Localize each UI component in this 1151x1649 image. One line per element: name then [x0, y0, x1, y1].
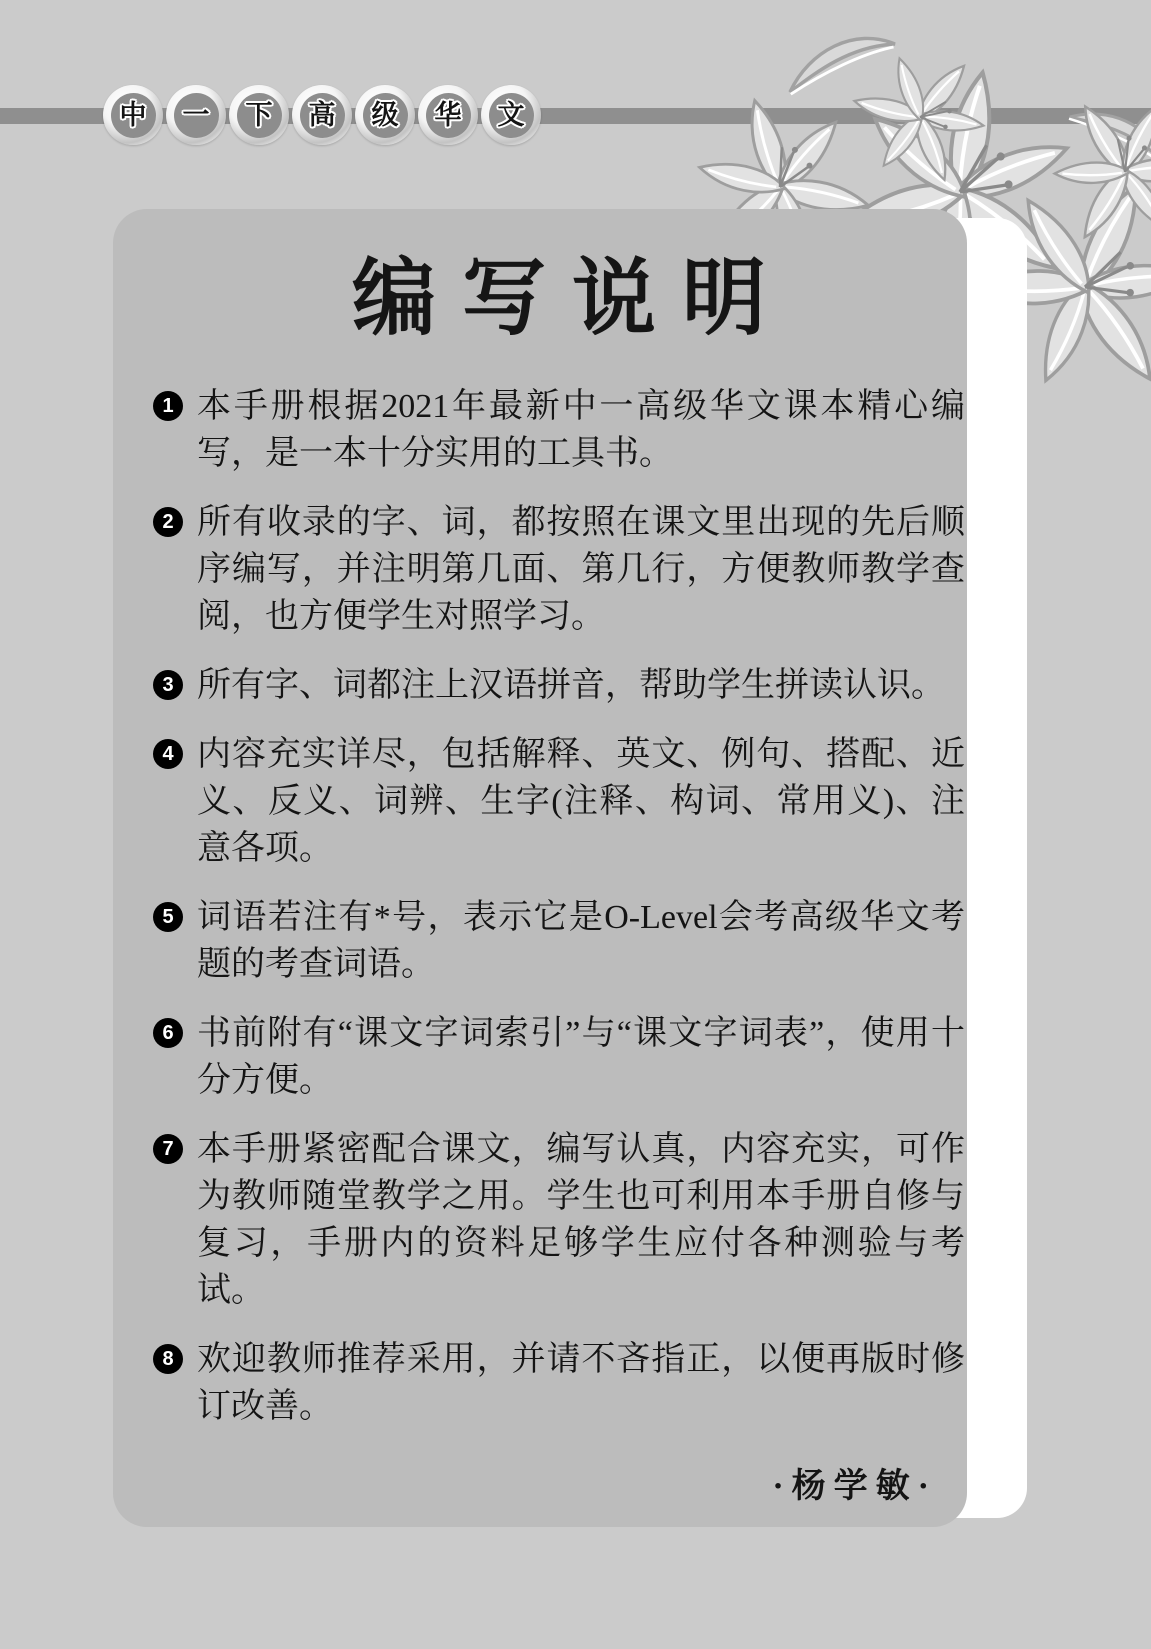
notes-card: 编写说明 1 本手册根据2021年最新中一高级华文课本精心编写，是一本十分实用的… [123, 218, 1027, 1518]
item-text: 所有字、词都注上汉语拼音，帮助学生拼读认识。 [197, 662, 965, 709]
header-badge-circle: 级 [363, 93, 408, 138]
item-number-badge: 1 [153, 391, 183, 421]
item-number-badge: 4 [153, 739, 183, 769]
page-title: 编写说明 [153, 250, 965, 347]
item-text: 词语若注有*号，表示它是O-Level会考高级华文考题的考查词语。 [197, 894, 965, 988]
list-item: 5 词语若注有*号，表示它是O-Level会考高级华文考题的考查词语。 [153, 894, 965, 988]
item-number-badge: 8 [153, 1344, 183, 1374]
header-badge-character: 中 [120, 102, 147, 129]
author-attribution: ·杨学敏· [153, 1458, 965, 1507]
header-badge-circle: 文 [489, 93, 534, 138]
header-badge: 文 [481, 85, 541, 145]
header-badge-character: 一 [183, 102, 210, 129]
series-title-badges: 中 一 下 高 级 华 文 [103, 85, 541, 145]
item-text: 本手册紧密配合课文，编写认真，内容充实，可作为教师随堂教学之用。学生也可利用本手… [197, 1126, 965, 1314]
header-badge: 华 [418, 85, 478, 145]
header-badge: 级 [355, 85, 415, 145]
header-badge: 一 [166, 85, 226, 145]
list-item: 8 欢迎教师推荐采用，并请不吝指正，以便再版时修订改善。 [153, 1336, 965, 1430]
header-badge-circle: 一 [174, 93, 219, 138]
item-text: 书前附有“课文字词索引”与“课文字词表”，使用十分方便。 [197, 1010, 965, 1104]
header-badge-circle: 中 [111, 93, 156, 138]
header-badge-circle: 下 [237, 93, 282, 138]
item-number-badge: 3 [153, 670, 183, 700]
list-item: 1 本手册根据2021年最新中一高级华文课本精心编写，是一本十分实用的工具书。 [153, 383, 965, 477]
list-item: 3 所有字、词都注上汉语拼音，帮助学生拼读认识。 [153, 662, 965, 709]
header-badge: 下 [229, 85, 289, 145]
item-number-badge: 5 [153, 902, 183, 932]
header-badge-character: 高 [309, 102, 336, 129]
header-badge-character: 文 [498, 102, 525, 129]
item-text: 本手册根据2021年最新中一高级华文课本精心编写，是一本十分实用的工具书。 [197, 383, 965, 477]
header-badge: 高 [292, 85, 352, 145]
notes-list: 1 本手册根据2021年最新中一高级华文课本精心编写，是一本十分实用的工具书。 … [153, 383, 965, 1430]
list-item: 2 所有收录的字、词，都按照在课文里出现的先后顺序编写，并注明第几面、第几行，方… [153, 499, 965, 640]
item-number-badge: 7 [153, 1134, 183, 1164]
list-item: 6 书前附有“课文字词索引”与“课文字词表”，使用十分方便。 [153, 1010, 965, 1104]
header-badge-character: 华 [435, 102, 462, 129]
item-text: 欢迎教师推荐采用，并请不吝指正，以便再版时修订改善。 [197, 1336, 965, 1430]
header-badge-character: 级 [372, 102, 399, 129]
header-badge-circle: 华 [426, 93, 471, 138]
list-item: 4 内容充实详尽，包括解释、英文、例句、搭配、近义、反义、词辨、生字(注释、构词… [153, 731, 965, 872]
list-item: 7 本手册紧密配合课文，编写认真，内容充实，可作为教师随堂教学之用。学生也可利用… [153, 1126, 965, 1314]
header-badge: 中 [103, 85, 163, 145]
item-number-badge: 6 [153, 1018, 183, 1048]
header-badge-circle: 高 [300, 93, 345, 138]
item-number-badge: 2 [153, 507, 183, 537]
item-text: 内容充实详尽，包括解释、英文、例句、搭配、近义、反义、词辨、生字(注释、构词、常… [197, 731, 965, 872]
item-text: 所有收录的字、词，都按照在课文里出现的先后顺序编写，并注明第几面、第几行，方便教… [197, 499, 965, 640]
header-badge-character: 下 [246, 102, 273, 129]
